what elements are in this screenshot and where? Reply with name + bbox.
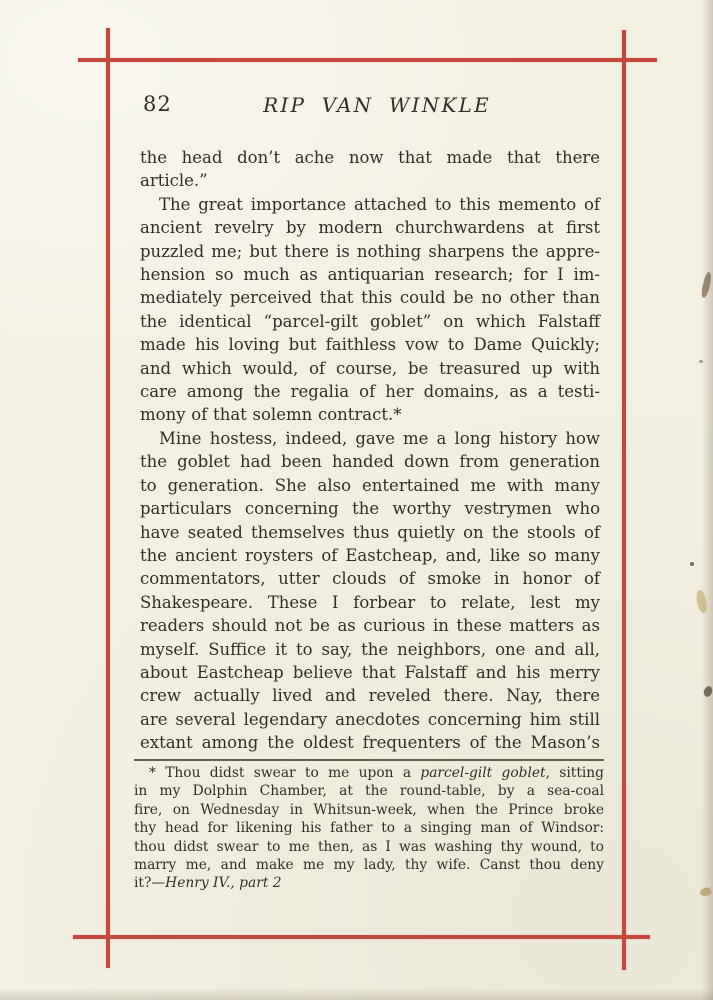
- text-span: hension so much as antiquarian research;…: [140, 265, 600, 284]
- text-line: the ancient roysters of Eastcheap, and, …: [140, 544, 600, 567]
- text-line: The great importance attached to this me…: [140, 193, 600, 216]
- text-span: mony of that solemn contract.*: [140, 405, 402, 424]
- text-line: hension so much as antiquarian research;…: [140, 263, 600, 286]
- italic-text: Henry IV., part 2: [165, 875, 281, 891]
- text-span: extant among the oldest frequenters of t…: [140, 733, 600, 752]
- text-span: ancient revelry by modern churchwardens …: [140, 218, 600, 237]
- text-span: marry me, and make me my lady, thy wife.…: [134, 857, 604, 873]
- text-line: crew actually lived and reveled there. N…: [140, 684, 600, 707]
- frame-rule-top: [78, 58, 657, 62]
- text-span: it?—: [134, 875, 165, 891]
- text-span: the head don’t ache now that made that t…: [140, 148, 600, 167]
- text-span: fire, on Wednesday in Whitsun-week, when…: [134, 802, 604, 818]
- text-span: The great importance attached to this me…: [159, 195, 600, 214]
- text-span: thou didst swear to me then, as I was wa…: [134, 839, 604, 855]
- footnote: * Thou didst swear to me upon a parcel-g…: [134, 764, 604, 893]
- body-text: the head don’t ache now that made that t…: [140, 146, 600, 755]
- text-span: crew actually lived and reveled there. N…: [140, 686, 600, 705]
- paper-speck: [690, 562, 694, 566]
- text-line: mony of that solemn contract.*: [140, 403, 600, 426]
- text-line: readers should not be as curious in thes…: [140, 614, 600, 637]
- text-line: mediately perceived that this could be n…: [140, 286, 600, 309]
- footnote-rule: [134, 759, 604, 761]
- text-line: about Eastcheap believe that Falstaff an…: [140, 661, 600, 684]
- book-page-scan: 82 RIP VAN WINKLE the head don’t ache no…: [0, 0, 713, 1000]
- text-line: extant among the oldest frequenters of t…: [140, 731, 600, 754]
- text-line: commentators, utter clouds of smoke in h…: [140, 567, 600, 590]
- text-span: commentators, utter clouds of smoke in h…: [140, 569, 600, 588]
- text-line: Mine hostess, indeed, gave me a long his…: [140, 427, 600, 450]
- frame-rule-right: [622, 30, 626, 970]
- text-line: marry me, and make me my lady, thy wife.…: [134, 856, 604, 874]
- text-line: thy head for likening his father to a si…: [134, 819, 604, 837]
- text-span: the ancient roysters of Eastcheap, and, …: [140, 546, 600, 565]
- paper-speck: [699, 360, 703, 363]
- text-span: have seated themselves thus quietly on t…: [140, 523, 600, 542]
- text-span: particulars concerning the worthy vestry…: [140, 499, 600, 518]
- frame-rule-left: [106, 28, 110, 968]
- text-span: mediately perceived that this could be n…: [140, 288, 600, 307]
- paper-speck: [699, 886, 712, 898]
- text-span: thy head for likening his father to a si…: [134, 820, 604, 836]
- text-line: have seated themselves thus quietly on t…: [140, 521, 600, 544]
- running-title: RIP VAN WINKLE: [140, 93, 600, 117]
- text-span: article.”: [140, 171, 208, 190]
- text-line: puzzled me; but there is nothing sharpen…: [140, 240, 600, 263]
- text-span: myself. Suffice it to say, the neighbors…: [140, 640, 600, 659]
- text-line: the identical “parcel-gilt goblet” on wh…: [140, 310, 600, 333]
- text-line: particulars concerning the worthy vestry…: [140, 497, 600, 520]
- text-span: care among the regalia of her domains, a…: [140, 382, 600, 401]
- text-line: care among the regalia of her domains, a…: [140, 380, 600, 403]
- text-span: , sitting: [546, 765, 604, 781]
- text-line: to generation. She also entertained me w…: [140, 474, 600, 497]
- text-span: * Thou didst swear to me upon a: [149, 765, 420, 781]
- text-span: the goblet had been handed down from gen…: [140, 452, 600, 471]
- text-line: thou didst swear to me then, as I was wa…: [134, 838, 604, 856]
- text-span: the identical “parcel-gilt goblet” on wh…: [140, 312, 600, 331]
- text-span: and which would, of course, be treasured…: [140, 359, 600, 378]
- paper-speck: [695, 589, 709, 613]
- text-line: * Thou didst swear to me upon a parcel-g…: [134, 764, 604, 782]
- italic-text: parcel-gilt goblet: [420, 765, 545, 781]
- text-line: myself. Suffice it to say, the neighbors…: [140, 638, 600, 661]
- text-span: made his loving but faithless vow to Dam…: [140, 335, 600, 354]
- text-span: to generation. She also entertained me w…: [140, 476, 600, 495]
- text-span: Mine hostess, indeed, gave me a long his…: [159, 429, 600, 448]
- text-span: in my Dolphin Chamber, at the round-tabl…: [134, 783, 604, 799]
- text-line: ancient revelry by modern churchwardens …: [140, 216, 600, 239]
- page-header: 82 RIP VAN WINKLE: [140, 92, 600, 118]
- text-line: are several legendary anecdotes concerni…: [140, 708, 600, 731]
- paper-speck: [702, 685, 713, 698]
- text-line: article.”: [140, 169, 600, 192]
- text-span: Shakespeare. These I forbear to relate, …: [140, 593, 600, 612]
- text-span: are several legendary anecdotes concerni…: [140, 710, 600, 729]
- text-line: in my Dolphin Chamber, at the round-tabl…: [134, 782, 604, 800]
- frame-rule-bottom: [73, 935, 650, 939]
- text-line: and which would, of course, be treasured…: [140, 357, 600, 380]
- text-line: fire, on Wednesday in Whitsun-week, when…: [134, 801, 604, 819]
- text-span: about Eastcheap believe that Falstaff an…: [140, 663, 600, 682]
- text-line: Shakespeare. These I forbear to relate, …: [140, 591, 600, 614]
- text-span: readers should not be as curious in thes…: [140, 616, 600, 635]
- paper-speck: [700, 272, 713, 299]
- text-line: the head don’t ache now that made that t…: [140, 146, 600, 169]
- text-line: made his loving but faithless vow to Dam…: [140, 333, 600, 356]
- text-line: it?—Henry IV., part 2: [134, 874, 604, 892]
- text-line: the goblet had been handed down from gen…: [140, 450, 600, 473]
- text-span: puzzled me; but there is nothing sharpen…: [140, 242, 600, 261]
